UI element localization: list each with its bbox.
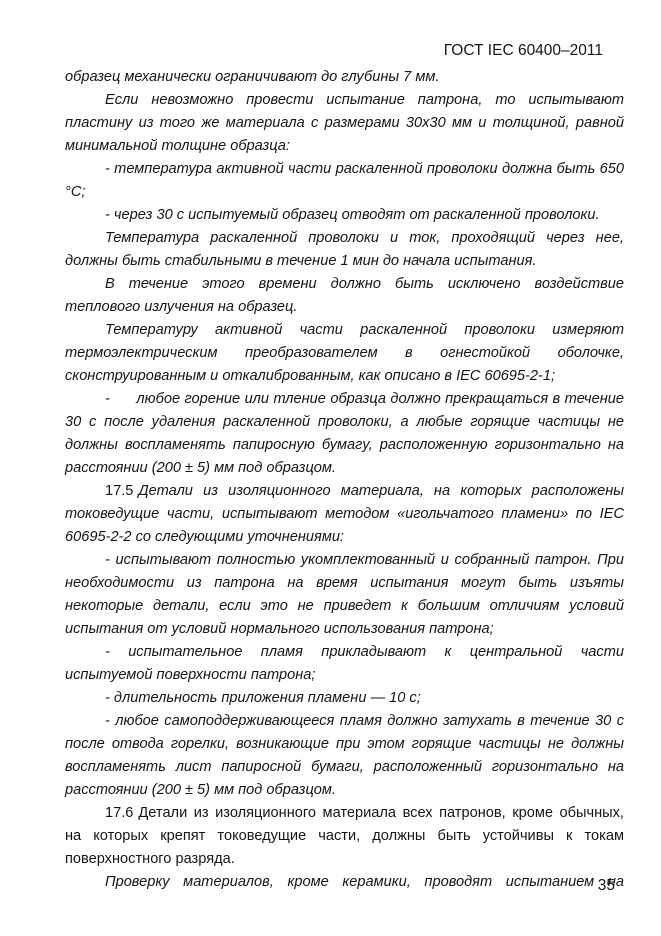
paragraph: В течение этого времени должно быть искл… xyxy=(65,273,624,319)
list-item-dash: - испытывают полностью укомплектованный … xyxy=(65,549,624,641)
paragraph-continuation: образец механически ограничивают до глуб… xyxy=(65,66,624,89)
document-body: образец механически ограничивают до глуб… xyxy=(65,66,624,894)
list-item-dash: - через 30 с испытуемый образец отводят … xyxy=(65,204,624,227)
page-number: 35 xyxy=(65,877,615,895)
paragraph: Температура раскаленной проволоки и ток,… xyxy=(65,227,624,273)
list-item-dash: - температура активной части раскаленной… xyxy=(65,158,624,204)
clause-number: 17.5 xyxy=(105,483,133,499)
clause-text: Детали из изоляционного материала всех п… xyxy=(65,805,624,867)
clause-paragraph: 17.5Детали из изоляционного материала, н… xyxy=(65,480,624,549)
clause-number: 17.6 xyxy=(105,805,133,821)
paragraph: Если невозможно провести испытание патро… xyxy=(65,89,624,158)
clause-text: Детали из изоляционного материала, на ко… xyxy=(65,483,624,545)
list-item-dash: - любое самоподдерживающееся пламя должн… xyxy=(65,710,624,802)
list-item-dash: - длительность приложения пламени — 10 с… xyxy=(65,687,624,710)
paragraph: Температуру активной части раскаленной п… xyxy=(65,319,624,388)
list-item-dash: - испытательное пламя прикладывают к цен… xyxy=(65,641,624,687)
list-item-dash: - любое горение или тление образца должн… xyxy=(65,388,624,480)
document-page: ГОСТ IEC 60400–2011 образец механически … xyxy=(0,0,661,936)
clause-paragraph: 17.6Детали из изоляционного материала вс… xyxy=(65,802,624,871)
doc-code-header: ГОСТ IEC 60400–2011 xyxy=(65,42,603,59)
